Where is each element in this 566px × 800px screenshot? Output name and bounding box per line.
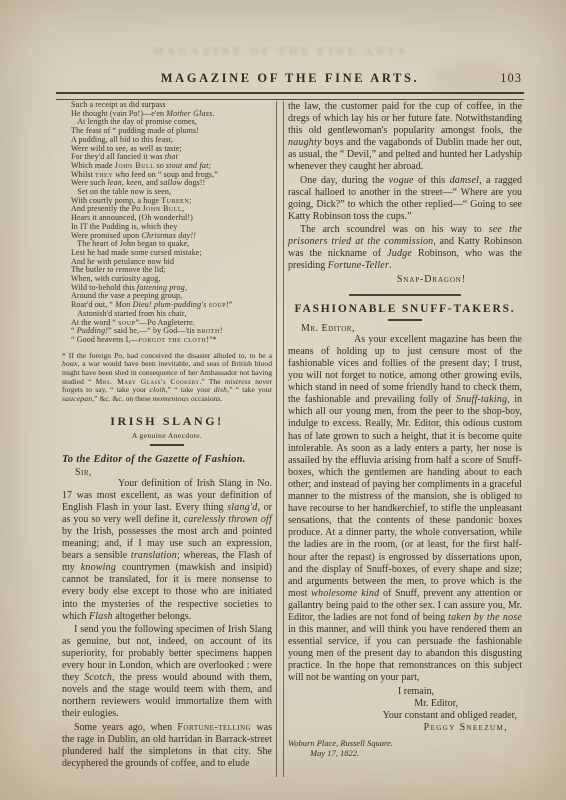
salutation-sir: Sir,: [62, 467, 272, 478]
poem: Such a receipt as did surpassHe thought …: [62, 101, 272, 345]
salutation-mr-editor: Mr. Editor,: [288, 323, 522, 334]
paragraph: One day, during the vogue of this damsel…: [288, 175, 522, 223]
paragraph: Your definition of Irish Slang in No. 17…: [62, 478, 272, 623]
address-block: Woburn Place, Russell Square. May 17, 18…: [288, 738, 522, 758]
continuation-body: the law, the customer paid for the cup o…: [288, 101, 522, 272]
closing-line: I remain,: [288, 686, 522, 698]
column-divider: [276, 101, 284, 777]
left-column: Such a receipt as did surpassHe thought …: [62, 101, 272, 777]
date-line: May 17, 1822.: [288, 748, 522, 758]
paragraph: the law, the customer paid for the cup o…: [288, 101, 522, 174]
magazine-page: MAGAZINE OF THE FINE ARTS. MAGAZINE OF T…: [0, 0, 566, 800]
paragraph: As your excellent magazine has been the …: [288, 334, 522, 685]
addressee-line: To the Editor of the Gazette of Fashion.: [62, 454, 272, 465]
closing-line: Mr. Editor,: [288, 698, 522, 710]
paragraph: Some years ago, when Fortune-telling was…: [62, 722, 272, 770]
address-line: Woburn Place, Russell Square.: [288, 738, 522, 748]
irish-slang-body: Your definition of Irish Slang in No. 17…: [62, 478, 272, 770]
showthrough-text: MAGAZINE OF THE FINE ARTS.: [0, 44, 566, 59]
right-column: the law, the customer paid for the cup o…: [288, 101, 522, 777]
article-title: FASHIONABLE SNUFF-TAKERS.: [288, 303, 522, 315]
irish-slang-heading: IRISH SLANG! A genuine Anecdote.: [62, 414, 272, 446]
snuff-takers-body: As your excellent magazine has been the …: [288, 334, 522, 685]
letter-closing: I remain,Mr. Editor,Your constant and ob…: [288, 686, 522, 735]
heading-divider: [150, 444, 184, 446]
header-rule: [56, 92, 524, 100]
paragraph: I send you the following specimen of Iri…: [62, 624, 272, 721]
heading-divider: [388, 319, 422, 321]
journal-title: MAGAZINE OF THE FINE ARTS.: [56, 71, 524, 86]
closing-line: Your constant and obliged reader,: [288, 710, 522, 722]
article-title: IRISH SLANG!: [62, 414, 272, 429]
author-signature: Snap-Dragon!: [288, 274, 522, 285]
article-subtitle: A genuine Anecdote.: [62, 431, 272, 440]
closing-line: Peggy Sneezum,: [288, 722, 522, 734]
page-number: 103: [500, 71, 522, 86]
page-header: MAGAZINE OF THE FINE ARTS. 103: [56, 71, 524, 89]
section-divider: [349, 294, 461, 296]
paragraph: The arch scoundrel was on his way to see…: [288, 224, 522, 272]
two-column-layout: Such a receipt as did surpassHe thought …: [62, 101, 522, 777]
poem-line: “ Good heavens I,—forgot the cloth!”*: [71, 336, 272, 345]
footnote: * If the foreign Po, had conceived the d…: [62, 352, 272, 404]
snuff-takers-heading: FASHIONABLE SNUFF-TAKERS.: [288, 303, 522, 321]
